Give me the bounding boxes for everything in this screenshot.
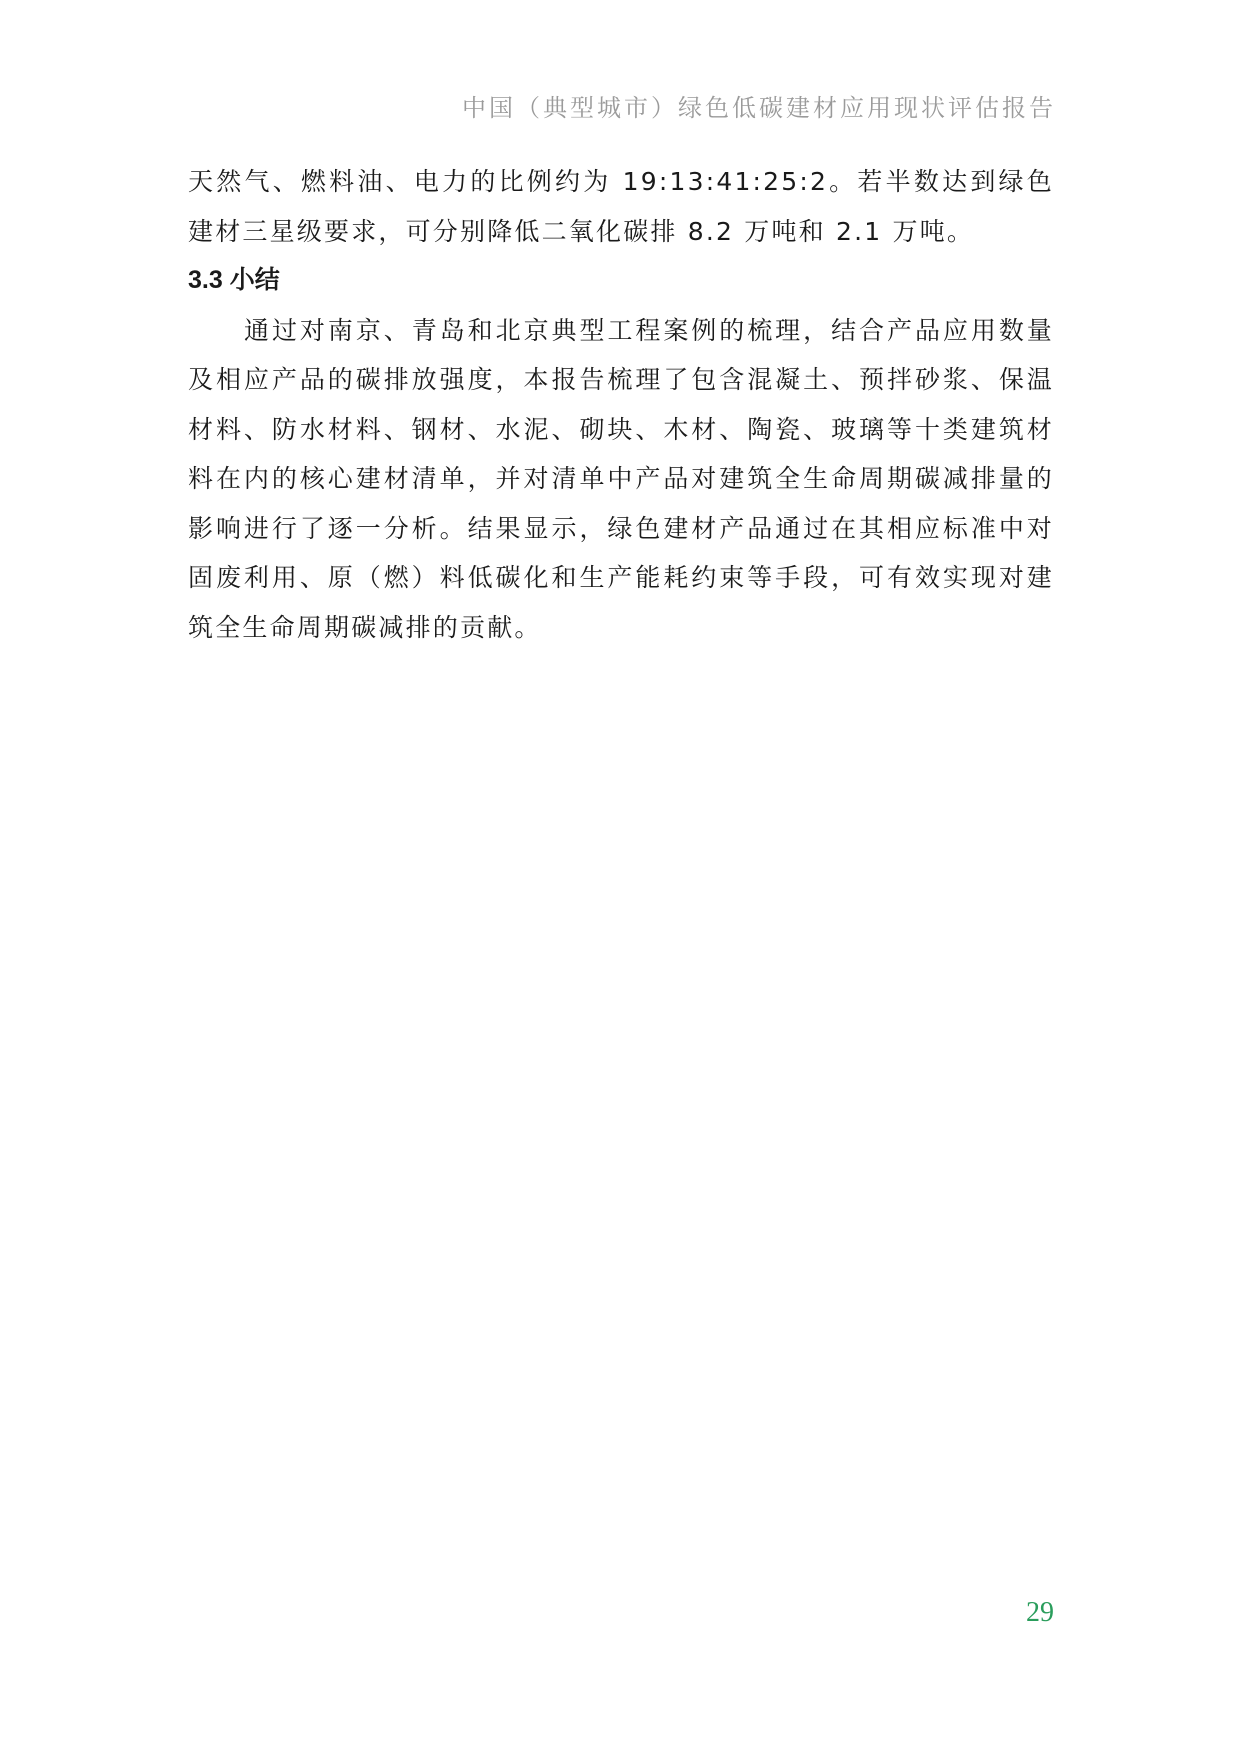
page-body: 天然气、燃料油、电力的比例约为 19:13:41:25:2。若半数达到绿色建材三… [188, 157, 1054, 652]
continuation-paragraph: 天然气、燃料油、电力的比例约为 19:13:41:25:2。若半数达到绿色建材三… [188, 157, 1054, 256]
summary-paragraph: 通过对南京、青岛和北京典型工程案例的梳理，结合产品应用数量及相应产品的碳排放强度… [188, 306, 1054, 653]
running-header: 中国（典型城市）绿色低碳建材应用现状评估报告 [462, 88, 1056, 123]
section-heading: 3.3 小结 [188, 256, 1054, 306]
page-number: 29 [1026, 1597, 1054, 1629]
